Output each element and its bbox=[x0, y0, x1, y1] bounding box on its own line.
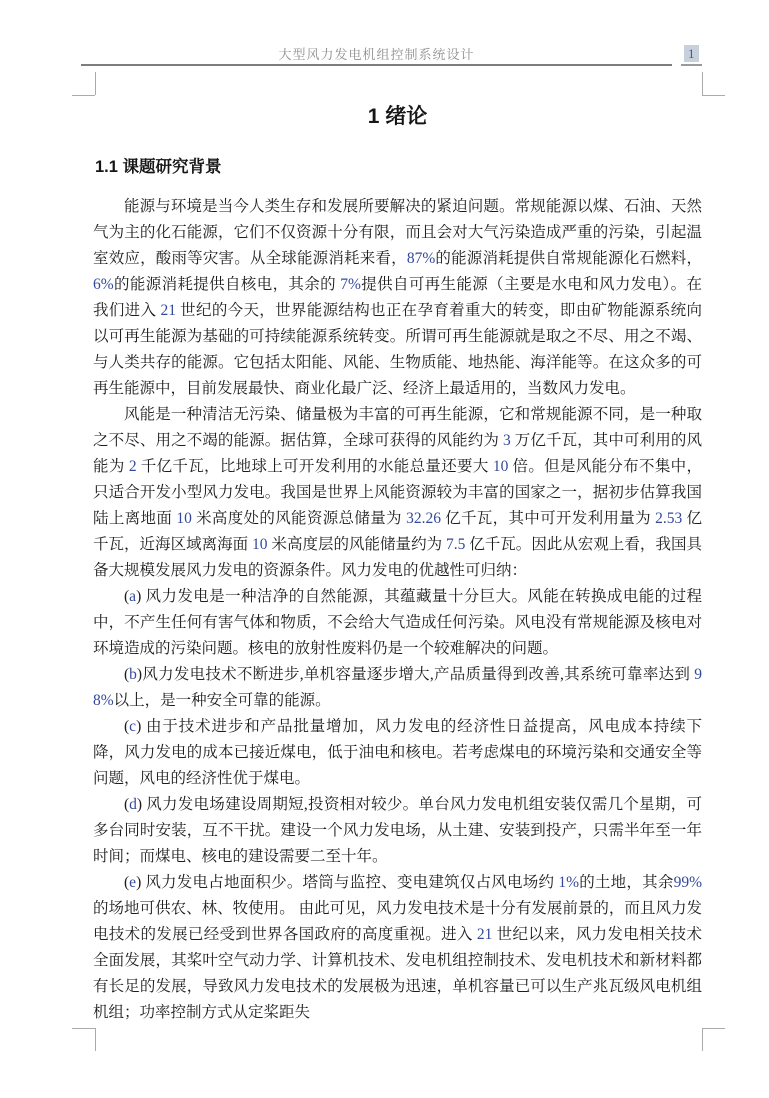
crop-mark-top-left-icon bbox=[95, 72, 96, 95]
section-title: 1.1 课题研究背景 bbox=[95, 156, 702, 178]
highlighted-value: 2.53 bbox=[655, 510, 682, 527]
paragraph: 能源与环境是当今人类生存和发展所要解决的紧迫问题。常规能源以煤、石油、天然气为主… bbox=[93, 194, 702, 402]
paragraph: 风能是一种清洁无污染、储量极为丰富的可再生能源，它和常规能源不同，是一种取之不尽… bbox=[93, 402, 702, 584]
paragraph: (d) 风力发电场建设周期短,投资相对较少。单台风力发电机组安装仅需几个星期，可… bbox=[93, 792, 702, 870]
chapter-title: 1 绪论 bbox=[93, 102, 702, 132]
paragraph-text: 千亿千瓦，比地球上可开发利用的水能总量还要大 bbox=[137, 458, 493, 475]
highlighted-value: 6% bbox=[93, 276, 114, 293]
paragraph-text: 米高度处的风能资源总储量为 bbox=[192, 510, 406, 527]
paragraph-text: 的能源消耗提供自常规能源化石燃料， bbox=[435, 250, 702, 267]
crop-mark-top-left-icon bbox=[72, 95, 95, 96]
highlighted-value: 2 bbox=[129, 458, 137, 475]
crop-mark-top-right-icon bbox=[702, 72, 703, 95]
paragraph-text: ) 风力发电占地面积少。塔筒与监控、变电建筑仅占风电场约 bbox=[136, 874, 558, 891]
paragraph-text: )风力发电技术不断进步,单机容量逐步增大,产品质量得到改善,其系统可靠率达到 bbox=[137, 666, 694, 683]
highlighted-value: 1% bbox=[558, 874, 579, 891]
highlighted-value: 99% bbox=[674, 874, 702, 891]
paragraph-text: 米高度层的风能储量约为 bbox=[268, 536, 446, 553]
paragraph-text: 亿千瓦，其中可开发利用量为 bbox=[441, 510, 655, 527]
body-paragraphs: 能源与环境是当今人类生存和发展所要解决的紧迫问题。常规能源以煤、石油、天然气为主… bbox=[93, 194, 702, 1026]
page-content: 1 绪论 1.1 课题研究背景 能源与环境是当今人类生存和发展所要解决的紧迫问题… bbox=[93, 96, 702, 1026]
paragraph-text: 世纪的今天，世界能源结构也正在孕育着重大的转变，即由矿物能源系统向以可再生能源为… bbox=[93, 302, 702, 397]
crop-mark-bottom-right-icon bbox=[702, 1028, 703, 1051]
paragraph-text: 以上，是一种安全可靠的能源。 bbox=[114, 692, 331, 709]
highlighted-value: 7% bbox=[340, 276, 361, 293]
highlighted-value: 10 bbox=[493, 458, 509, 475]
paragraph-text: ) 由于技术进步和产品批量增加，风力发电的经济性日益提高，风电成本持续下降，风力… bbox=[93, 718, 702, 787]
paragraph-text: 的土地，其余 bbox=[579, 874, 674, 891]
paragraph: (e) 风力发电占地面积少。塔筒与监控、变电建筑仅占风电场约 1%的土地，其余9… bbox=[93, 870, 702, 1026]
highlighted-value: b bbox=[129, 666, 137, 683]
crop-mark-bottom-left-icon bbox=[95, 1028, 96, 1051]
page-number-field: 1 bbox=[684, 45, 699, 62]
highlighted-value: d bbox=[129, 796, 137, 813]
highlighted-value: 10 bbox=[252, 536, 268, 553]
document-page: 大型风力发电机组控制系统设计 1 1 绪论 1.1 课题研究背景 能源与环境是当… bbox=[0, 0, 769, 1098]
paragraph-text: ) 风力发电场建设周期短,投资相对较少。单台风力发电机组安装仅需几个星期，可多台… bbox=[93, 796, 702, 865]
paragraph: (c) 由于技术进步和产品批量增加，风力发电的经济性日益提高，风电成本持续下降，… bbox=[93, 714, 702, 792]
page-number-rule bbox=[681, 64, 702, 66]
highlighted-value: 10 bbox=[176, 510, 192, 527]
crop-mark-bottom-left-icon bbox=[72, 1028, 95, 1029]
highlighted-value: 21 bbox=[160, 302, 176, 319]
highlighted-value: 32.26 bbox=[406, 510, 441, 527]
header-rule bbox=[81, 64, 672, 66]
crop-mark-top-right-icon bbox=[702, 95, 725, 96]
paragraph: (a) 风力发电是一种洁净的自然能源，其蕴藏量十分巨大。风能在转换成电能的过程中… bbox=[93, 584, 702, 662]
highlighted-value: 87% bbox=[407, 250, 435, 267]
paragraph-text: ) 风力发电是一种洁净的自然能源，其蕴藏量十分巨大。风能在转换成电能的过程中，不… bbox=[93, 588, 702, 657]
highlighted-value: 7.5 bbox=[446, 536, 465, 553]
highlighted-value: 3 bbox=[503, 432, 511, 449]
paragraph-text: 的能源消耗提供自核电，其余的 bbox=[114, 276, 341, 293]
paragraph: (b)风力发电技术不断进步,单机容量逐步增大,产品质量得到改善,其系统可靠率达到… bbox=[93, 662, 702, 714]
header-title: 大型风力发电机组控制系统设计 bbox=[81, 44, 672, 63]
crop-mark-bottom-right-icon bbox=[702, 1028, 725, 1029]
highlighted-value: 21 bbox=[477, 926, 493, 943]
